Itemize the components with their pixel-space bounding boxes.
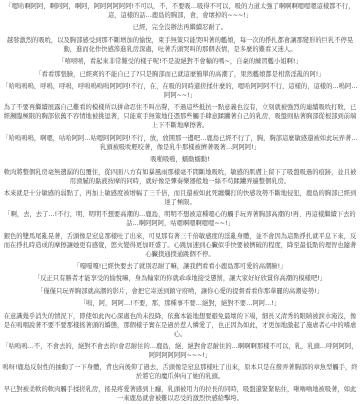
novel-text-page: 「嗯哈啊阿阿，啊阿阿，啊阿，阿阿阿阿阿阿!不可以，不，不要吸…吸得不可以，吸的力… <box>0 0 360 404</box>
narration-paragraph: 銀色的雙馬尾亂晃著，舌頭像是窒息那樣吐了出來，可見那有著三千倍敏感度的淫亂身體，… <box>2 233 358 260</box>
dialogue-paragraph: 「哈嗚嗚嗚，呼嗚，呼嗚，呼嗚嗚嗚嗚阿阿阿!不行，在，在吸的同時還搓揉什麼的，嗯哈… <box>2 83 358 101</box>
narration-paragraph: 嗚呀!鹿島反射性的抽動了一下身體，背也向後仰了過去，舌頭像是窒息那樣吐了出來，原… <box>2 364 358 382</box>
dialogue-line: 「嗚，阿，阿阿…!不要，那，那種事不要…絕對，絕對不要…阿阿…!」 <box>2 300 358 309</box>
dialogue-line: 「嘻嘻嘻，看起來非常難受的樣子呢!不是說絕對不會輸的嗎~，自豪的練習艦小姐啊!」 <box>2 58 358 67</box>
onomatopoeia-line: 吸啪吸啪，蠕動蠕動! <box>2 156 358 165</box>
dialogue-paragraph: 「啊，去，去了…!不行，明、明明不想要高潮的…鹿島，明明不想被這種噁心的觸手玩弄… <box>2 211 358 229</box>
dialogue-paragraph: 「哈嗚嗚嗚，啊嗯，咕哈阿阿…咕嗯阿阿阿阿!不行，放，放開那一邊吧…鹿島已經不行了… <box>2 135 358 153</box>
dialogue-paragraph: 「咕嗚嗚…不，不會去的，絕對不會去的!會忍耐住的…鹿島，絕、絕對會忍耐住的…啊啊… <box>2 343 358 361</box>
narration-paragraph: 早已對被柔軟的軟肉觸手揉搓乳房，搖晃疼愛著感到上癮，乳頭被用力的拉長的同時，吸盤… <box>2 386 358 404</box>
dialogue-paragraph: 「嗯哈啊阿阿，啊阿阿，啊阿，阿阿阿阿阿阿!不可以，不，不要吸…吸得不可以，吸的力… <box>2 3 358 21</box>
narration-paragraph: 越發激烈的吸吮，以及胸部感受到那不斷增加的愉悅，束手無策只能哭叫著的艦娘，每一次… <box>2 37 358 55</box>
narration-paragraph: 本來就是十分敏感的弱點了，再加上敏感度被增幅了三千倍，而且還被如此死纏爛打的快感… <box>2 190 358 208</box>
dialogue-line: 「看看那張臉，已經爽的不能自已了?只是胸部而已就這麼簡單的高潮了，果然艦娘都是相… <box>2 71 358 80</box>
narration-paragraph: 軟肉將整個乳房毫無遺漏的包覆住，從四面八方有如暴風雨那樣毫不間斷地吸吮，敏感的肌… <box>2 169 358 187</box>
dialogue-line: 「反正只有勝者才能享受的愉悅嘛，身為輸家的你就乖乖地接受懲罰，讓大家好好欣賞你高… <box>2 275 358 284</box>
narration-paragraph: 為了不要再繼續展露自己難看的模樣所以拼命忍住不叫出聲，不過這些抵抗一點意義也沒有… <box>2 104 358 131</box>
dialogue-line: 「僅僅只玩弄胸部就高潮的影片，會把它寄送到鎮守府哟，讓你心愛的提督看看你那華麗的… <box>2 288 358 297</box>
narration-line: 已經，完全沒辦法再繼續忍耐了。 <box>2 24 358 33</box>
narration-paragraph: 在意識幾乎消失的情況下，即使如此內心深處也尚未投降，依舊本能地想要避免最壞的下場… <box>2 313 358 340</box>
dialogue-line: 「嘎嘎嘎!已經快要去了就別忍耐了嘛，讓我們看看小鹿島那可愛的高潮臉!」 <box>2 263 358 272</box>
